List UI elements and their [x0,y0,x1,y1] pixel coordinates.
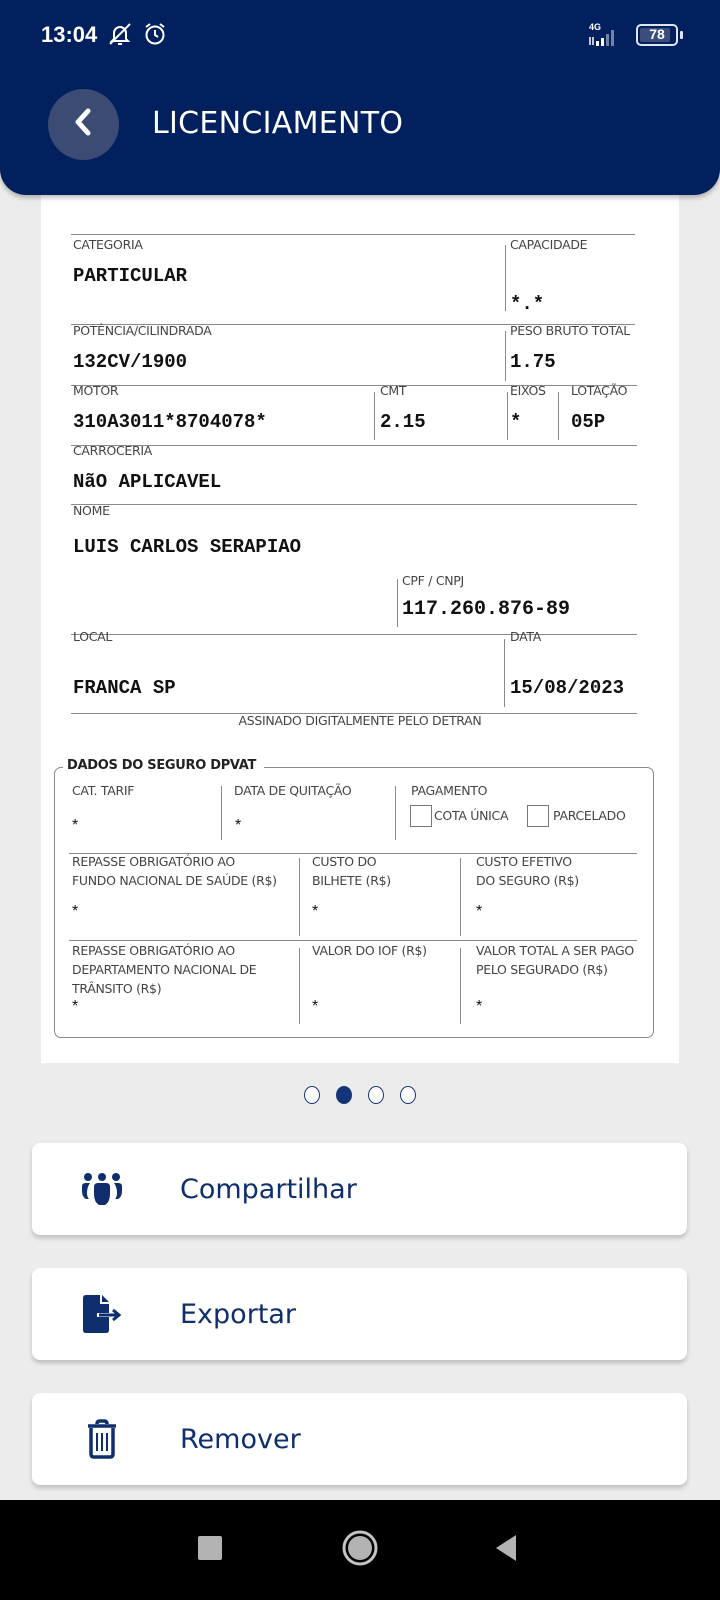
repasse-fns-label-2: FUNDO NACIONAL DE SAÚDE (R$) [72,873,277,888]
remove-label: Remover [180,1424,301,1455]
repasse-denatran-label-3: TRÂNSITO (R$) [72,981,161,996]
file-export-icon [78,1294,126,1334]
cota-unica-label: COTA ÚNICA [434,808,508,823]
potencia-value: 132CV/1900 [73,351,187,373]
system-nav-bar [0,1500,720,1600]
cat-tarif-value: * [72,817,78,835]
capacidade-value: *.* [510,293,544,315]
valor-total-value: * [476,998,482,1016]
export-label: Exportar [180,1299,296,1330]
repasse-fns-label-1: REPASSE OBRIGATÓRIO AO [72,854,235,869]
status-bar: 13:04 4G [0,0,720,70]
page-dot[interactable] [336,1086,352,1104]
battery-icon: 78 [636,24,678,46]
nome-value: LUIS CARLOS SERAPIAO [73,536,301,558]
categoria-label: CATEGORIA [73,237,143,252]
repasse-fns-value: * [72,903,78,921]
eixos-label: EIXOS [510,383,546,398]
custo-efetivo-value: * [476,903,482,921]
status-time: 13:04 [41,22,97,48]
motor-value: 310A3011*8704078* [73,411,267,433]
data-quitacao-label: DATA DE QUITAÇÃO [234,783,351,798]
custo-bilhete-label-2: BILHETE (R$) [312,873,391,888]
cmt-value: 2.15 [380,411,426,433]
custo-efetivo-label-1: CUSTO EFETIVO [476,854,572,869]
motor-label: MOTOR [73,383,118,398]
export-button[interactable]: Exportar [32,1268,687,1360]
valor-iof-label: VALOR DO IOF (R$) [312,943,427,958]
document-card[interactable]: CATEGORIA PARTICULAR CAPACIDADE *.* POTÊ… [41,193,679,1063]
page-dot[interactable] [400,1086,416,1104]
cpf-label: CPF / CNPJ [402,573,464,588]
carroceria-label: CARROCERIA [73,443,152,458]
chevron-left-icon [71,107,97,142]
local-label: LOCAL [73,629,112,644]
cpf-value: 117.260.876-89 [402,598,570,621]
recents-button[interactable] [170,1500,250,1600]
page-dot[interactable] [304,1086,320,1104]
valor-total-label-1: VALOR TOTAL A SER PAGO [476,943,634,958]
custo-efetivo-label-2: DO SEGURO (R$) [476,873,579,888]
lotacao-value: 05P [571,411,605,433]
lotacao-label: LOTAÇÃO [571,383,627,398]
page-indicator [0,1086,720,1106]
carroceria-value: NãO APLICAVEL [73,471,221,493]
nav-back-button[interactable] [466,1500,546,1600]
local-value: FRANCA SP [73,677,176,699]
parcelado-label: PARCELADO [553,808,626,823]
share-label: Compartilhar [180,1174,357,1205]
peso-value: 1.75 [510,351,556,373]
cmt-label: CMT [380,383,406,398]
custo-bilhete-value: * [312,903,318,921]
triangle-left-icon [494,1534,518,1567]
custo-bilhete-label-1: CUSTO DO [312,854,376,869]
people-group-icon [78,1169,126,1209]
circle-icon [341,1529,379,1572]
valor-total-label-2: PELO SEGURADO (R$) [476,962,608,977]
alarm-icon [141,20,169,48]
categoria-value: PARTICULAR [73,265,187,287]
signature-note: ASSINADO DIGITALMENTE PELO DETRAN [41,713,679,728]
repasse-denatran-label-1: REPASSE OBRIGATÓRIO AO [72,943,235,958]
mute-icon [106,20,134,48]
data-label: DATA [510,629,541,644]
pagamento-label: PAGAMENTO [411,783,487,798]
home-button[interactable] [320,1500,400,1600]
back-button[interactable] [48,89,119,160]
capacidade-label: CAPACIDADE [510,237,587,252]
page-title: LICENCIAMENTO [152,106,403,141]
licensing-document: CATEGORIA PARTICULAR CAPACIDADE *.* POTÊ… [41,193,679,1063]
page-dot[interactable] [368,1086,384,1104]
cat-tarif-label: CAT. TARIF [72,783,134,798]
cota-unica-checkbox[interactable] [410,805,432,827]
nome-label: NOME [73,503,110,518]
battery-level: 78 [638,26,676,43]
signal-icon [588,27,628,47]
valor-iof-value: * [312,998,318,1016]
data-value: 15/08/2023 [510,677,624,699]
repasse-denatran-value: * [72,998,78,1016]
data-quitacao-value: * [235,817,241,835]
parcelado-checkbox[interactable] [527,805,549,827]
peso-label: PESO BRUTO TOTAL [510,323,630,338]
share-button[interactable]: Compartilhar [32,1143,687,1235]
remove-button[interactable]: Remover [32,1393,687,1485]
trash-icon [78,1419,126,1459]
potencia-label: POTÊNCIA/CILINDRADA [73,323,211,338]
app-header: 13:04 4G [0,0,720,195]
square-icon [198,1536,222,1565]
eixos-value: * [510,411,521,433]
dpvat-title: DADOS DO SEGURO DPVAT [63,758,264,773]
repasse-denatran-label-2: DEPARTAMENTO NACIONAL DE [72,962,256,977]
